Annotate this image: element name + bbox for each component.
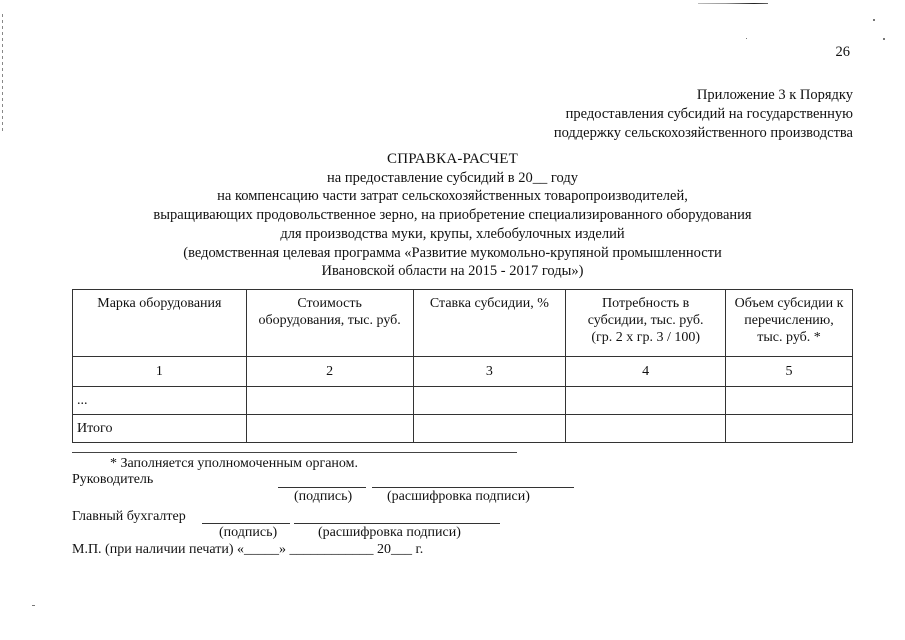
table-header-row: Марка оборудования Стоимость оборудовани…	[73, 290, 853, 357]
table-cell: Итого	[73, 415, 247, 443]
head-signature-line	[278, 487, 366, 488]
table-cell	[566, 387, 726, 415]
header-equipment-brand: Марка оборудования	[73, 290, 247, 357]
accountant-label: Главный бухгалтер	[72, 509, 186, 525]
column-number: 4	[566, 357, 726, 387]
appendix-reference: Приложение 3 к Порядку предоставления су…	[554, 86, 853, 143]
title-line: на предоставление субсидий в 20__ году	[0, 169, 905, 188]
title-line: (ведомственная целевая программа «Развит…	[0, 244, 905, 263]
header-subsidy-rate: Ставка субсидии, %	[413, 290, 566, 357]
scan-artifact-dot	[883, 38, 885, 40]
document-title-block: СПРАВКА-РАСЧЕТ на предоставление субсиди…	[0, 150, 905, 281]
table-cell	[246, 387, 413, 415]
head-signature-caption: (подпись)	[294, 489, 352, 505]
accountant-decoding-caption: (расшифровка подписи)	[318, 525, 461, 541]
table-cell	[726, 387, 853, 415]
accountant-decoding-line	[294, 523, 500, 524]
header-subsidy-need: Потребность в субсидии, тыс. руб. (гр. 2…	[566, 290, 726, 357]
table-cell	[246, 415, 413, 443]
title-line: Ивановской области на 2015 - 2017 годы»)	[0, 262, 905, 281]
scan-artifact-dot	[873, 19, 875, 21]
table-cell	[726, 415, 853, 443]
head-label: Руководитель	[72, 472, 153, 488]
table-cell	[566, 415, 726, 443]
table-cell: ...	[73, 387, 247, 415]
stamp-date-line: М.П. (при наличии печати) «_____» ______…	[72, 542, 423, 558]
accountant-signature-line	[202, 523, 290, 524]
head-decoding-line	[372, 487, 574, 488]
appendix-line: поддержку сельскохозяйственного производ…	[554, 124, 853, 143]
footnote: * Заполняется уполномоченным органом.	[110, 456, 358, 472]
accountant-signature-caption: (подпись)	[219, 525, 277, 541]
appendix-line: Приложение 3 к Порядку	[554, 86, 853, 105]
scan-artifact-dot	[746, 38, 747, 39]
footnote-divider	[72, 452, 517, 453]
title-line: для производства муки, крупы, хлебобулоч…	[0, 225, 905, 244]
scan-artifact-dot	[32, 605, 35, 606]
table-row-total: Итого	[73, 415, 853, 443]
title-line: выращивающих продовольственное зерно, на…	[0, 206, 905, 225]
column-number: 2	[246, 357, 413, 387]
table-row: ...	[73, 387, 853, 415]
document-heading: СПРАВКА-РАСЧЕТ	[0, 150, 905, 169]
header-subsidy-transfer: Объем субсидии к перечислению, тыс. руб.…	[726, 290, 853, 357]
head-decoding-caption: (расшифровка подписи)	[387, 489, 530, 505]
column-number: 3	[413, 357, 566, 387]
page-number: 26	[836, 44, 851, 61]
table-cell	[413, 387, 566, 415]
column-number: 1	[73, 357, 247, 387]
table-cell	[413, 415, 566, 443]
title-line: на компенсацию части затрат сельскохозяй…	[0, 187, 905, 206]
appendix-line: предоставления субсидий на государственн…	[554, 105, 853, 124]
calculation-table: Марка оборудования Стоимость оборудовани…	[72, 289, 853, 443]
scan-artifact-left-edge	[2, 14, 3, 134]
column-number-row: 1 2 3 4 5	[73, 357, 853, 387]
column-number: 5	[726, 357, 853, 387]
scan-artifact-top-line	[698, 3, 768, 4]
header-equipment-cost: Стоимость оборудования, тыс. руб.	[246, 290, 413, 357]
